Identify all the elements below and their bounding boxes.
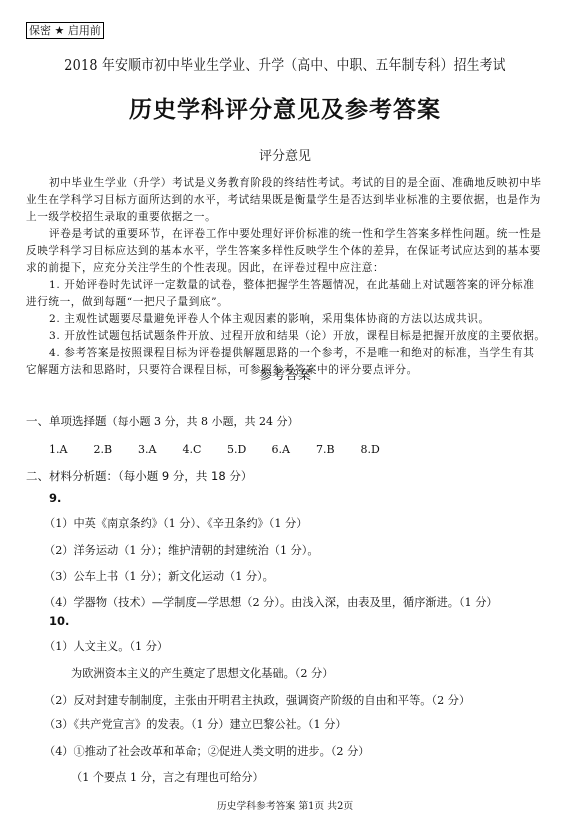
part1-title: 一、单项选择题 <box>26 414 107 428</box>
question-9-number: 9. <box>49 489 61 507</box>
choice-answer: 6.A <box>272 441 317 459</box>
paragraph-line: 进行统一，做到每题“一把尺子量到底”。 <box>26 294 228 311</box>
confidential-badge: 保密 ★ 启用前 <box>26 22 104 39</box>
paragraph-line: 1. 开始评卷时先试评一定数量的试卷，整体把握学生答题情况，在此基础上对试题答案… <box>49 277 534 294</box>
paragraph-line: 业生在学科学习目标方面所达到的水平，考试结果既是衡量学生是否达到毕业标准的主要依… <box>26 192 541 209</box>
paragraph-line: 3. 开放性试题包括试题条件开放、过程开放和结果（论）开放，课程目标是把握开放度… <box>49 328 546 345</box>
choice-answer: 1.A <box>49 441 94 459</box>
q9-answer-1: （1）中英《南京条约》（1 分）、《辛丑条约》（1 分） <box>44 515 307 533</box>
choice-answer: 2.B <box>94 441 139 459</box>
document-title: 历史学科评分意见及参考答案 <box>0 95 570 125</box>
choice-answer: 4.C <box>183 441 228 459</box>
choice-answer: 7.B <box>316 441 361 459</box>
q9-answer-4: （4）学器物（技术）—学制度—学思想（2 分）。由浅入深，由表及里，循序渐进。（… <box>44 594 498 612</box>
paragraph-line: 求的前提下，应充分关注学生的个性表现。因此，在评卷过程中应注意： <box>26 260 384 277</box>
part2-title: 二、材料分析题： <box>26 469 118 483</box>
choice-answer: 8.D <box>361 441 406 459</box>
grading-opinions-heading: 评分意见 <box>0 148 570 166</box>
paragraph-line: 4. 参考答案是按照课程目标为评卷提供解题思路的一个参考，不是唯一和绝对的标准，… <box>49 345 534 362</box>
q9-answer-2: （2）洋务运动（1 分）；维护清朝的封建统治（1 分）。 <box>44 542 319 560</box>
page-footer: 历史学科参考答案 第1页 共2页 <box>0 800 570 814</box>
q9-answer-3: （3）公车上书（1 分）；新文化运动（1 分）。 <box>44 568 274 586</box>
q10-scoring-note: （1 个要点 1 分，言之有理也可给分） <box>71 769 264 787</box>
reference-answers-heading: 参考答案 <box>0 367 570 385</box>
q10-answer-1: （1）人文主义。（1 分） <box>44 638 168 656</box>
exam-title: 2018 年安顺市初中毕业生学业、升学（高中、中职、五年制专科）招生考试 <box>34 56 536 76</box>
part1-note: （每小题 3 分，共 8 小题，共 24 分） <box>107 415 299 428</box>
part1-heading: 一、单项选择题（每小题 3 分，共 8 小题，共 24 分） <box>26 412 298 431</box>
choice-answer: 3.A <box>138 441 183 459</box>
question-10-number: 10. <box>49 612 69 630</box>
paragraph-line: 2. 主观性试题要尽量避免评卷人个体主观因素的影响，采用集体协商的方法以达成共识… <box>49 311 490 328</box>
paragraph-line: 上一级学校招生录取的重要依据之一。 <box>26 209 216 226</box>
paragraph-line: 评卷是考试的重要环节，在评卷工作中要处理好评价标准的统一性和学生答案多样性问题。… <box>49 226 542 243</box>
paragraph-line: 反映学科学习目标应达到的基本水平，学生答案多样性反映学生个体的差异，在保证考试应… <box>26 243 541 260</box>
part2-note: （每小题 9 分，共 18 分） <box>118 469 252 483</box>
choice-answers: 1.A 2.B 3.A 4.C 5.D 6.A 7.B 8.D <box>49 441 405 459</box>
q10-answer-2: （2）反对封建专制制度，主张由开明君主执政，强调资产阶级的自由和平等。（2 分） <box>44 692 470 710</box>
choice-answer: 5.D <box>227 441 272 459</box>
q10-answer-4: （4）①推动了社会改革和革命；②促进人类文明的进步。（2 分） <box>44 743 369 761</box>
paragraph-line: 初中毕业生学业（升学）考试是义务教育阶段的终结性考试。考试的目的是全面、准确地反… <box>49 175 542 192</box>
part2-heading: 二、材料分析题：（每小题 9 分，共 18 分） <box>26 467 252 485</box>
q10-answer-3: （3）《共产党宣言》的发表。（1 分）建立巴黎公社。（1 分） <box>44 716 347 734</box>
q10-answer-1-detail: 为欧洲资本主义的产生奠定了思想文化基础。（2 分） <box>71 665 333 683</box>
